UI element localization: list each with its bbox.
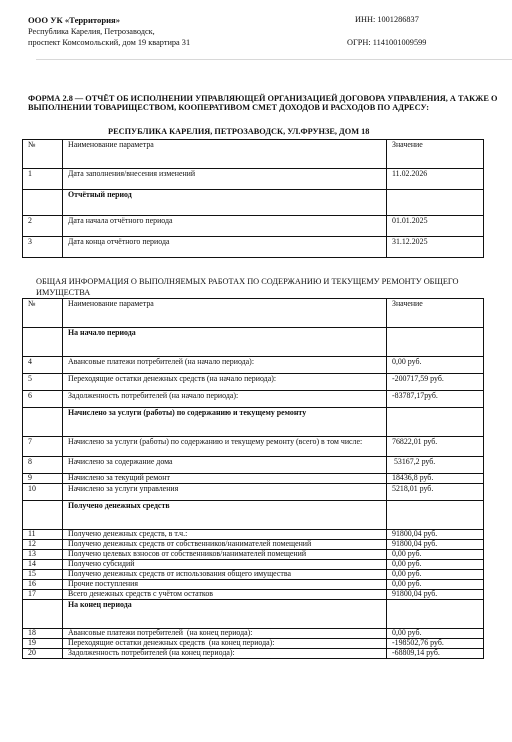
table-row: 11Получено денежных средств, в т.ч.:9180…	[23, 530, 484, 540]
report-period-table: № Наименование параметра Значение 1 Дата…	[22, 139, 484, 258]
row-number: 2	[23, 216, 63, 237]
table-row: 6Задолженность потребителей (на начало п…	[23, 391, 484, 408]
row-parameter: Получено целевых взносов от собственнико…	[63, 550, 387, 560]
table-row: 2 Дата начала отчётного периода 01.01.20…	[23, 216, 484, 237]
row-value: 31.12.2025	[387, 237, 484, 258]
row-value: 53167,2 руб.	[387, 457, 484, 474]
row-value: -200717,59 руб.	[387, 374, 484, 391]
row-value: 91800,04 руб.	[387, 540, 484, 550]
table-row: 18Авансовые платежи потребителей (на кон…	[23, 629, 484, 639]
row-number: 17	[23, 590, 63, 600]
column-header-parameter: Наименование параметра	[63, 140, 387, 169]
row-number: 3	[23, 237, 63, 258]
row-parameter: Прочие поступления	[63, 580, 387, 590]
row-number: 6	[23, 391, 63, 408]
row-value: 11.02.2026	[387, 169, 484, 190]
row-number: 1	[23, 169, 63, 190]
column-header-parameter: Наименование параметра	[63, 299, 387, 328]
ogrn-number: ОГРН: 1141001009599	[347, 38, 426, 47]
section-heading-works-info: ОБЩАЯ ИНФОРМАЦИЯ О ВЫПОЛНЯЕМЫХ РАБОТАХ П…	[36, 276, 496, 298]
form-address: РЕСПУБЛИКА КАРЕЛИЯ, ПЕТРОЗАВОДСК, УЛ.ФРУ…	[108, 127, 369, 136]
row-parameter: Всего денежных средств с учётом остатков	[63, 590, 387, 600]
section-row: Начислено за услуги (работы) по содержан…	[23, 408, 484, 437]
section-title: Начислено за услуги (работы) по содержан…	[68, 408, 306, 417]
row-number: 19	[23, 639, 63, 649]
table-row: 1 Дата заполнения/внесения изменений 11.…	[23, 169, 484, 190]
row-parameter: Дата начала отчётного периода	[63, 216, 387, 237]
organization-address-line1: Республика Карелия, Петрозаводск,	[28, 27, 155, 36]
row-value: 76822,01 руб.	[387, 437, 484, 457]
table-row: 3 Дата конца отчётного периода 31.12.202…	[23, 237, 484, 258]
row-number: 15	[23, 570, 63, 580]
organization-name: ООО УК «Территория»	[28, 15, 120, 25]
table-row: 13Получено целевых взносов от собственни…	[23, 550, 484, 560]
row-value: 91800,04 руб.	[387, 530, 484, 540]
section-row: Получено денежных средств	[23, 501, 484, 530]
row-parameter: Переходящие остатки денежных средств (на…	[63, 374, 387, 391]
row-number: 10	[23, 484, 63, 501]
row-number: 20	[23, 649, 63, 659]
row-value: 91800,04 руб.	[387, 590, 484, 600]
row-parameter: Начислено за содержание дома	[63, 457, 387, 474]
section-row: На конец периода	[23, 600, 484, 629]
row-number: 5	[23, 374, 63, 391]
row-parameter: Начислено за услуги управления	[63, 484, 387, 501]
table-row: 20Задолженность потребителей (на конец п…	[23, 649, 484, 659]
section-row: Отчётный период	[23, 190, 484, 216]
table-row: 16Прочие поступления0,00 руб.	[23, 580, 484, 590]
row-parameter: Получено денежных средств от использован…	[63, 570, 387, 580]
organization-address-line2: проспект Комсомольский, дом 19 квартира …	[28, 38, 190, 47]
row-number: 4	[23, 357, 63, 374]
row-parameter: Авансовые платежи потребителей (на начал…	[63, 357, 387, 374]
column-header-value: Значение	[387, 299, 484, 328]
row-number: 8	[23, 457, 63, 474]
row-value: 0,00 руб.	[387, 550, 484, 560]
table-row: 7Начислено за услуги (работы) по содержа…	[23, 437, 484, 457]
row-number: 7	[23, 437, 63, 457]
column-header-number: №	[23, 299, 63, 328]
row-parameter: Получено денежных средств, в т.ч.:	[63, 530, 387, 540]
row-parameter: Начислено за текущий ремонт	[63, 474, 387, 484]
table-row: 19Переходящие остатки денежных средств (…	[23, 639, 484, 649]
table-row: 4Авансовые платежи потребителей (на нача…	[23, 357, 484, 374]
row-value: 0,00 руб.	[387, 560, 484, 570]
row-value: 0,00 руб.	[387, 580, 484, 590]
row-value: 01.01.2025	[387, 216, 484, 237]
row-number: 11	[23, 530, 63, 540]
row-number: 14	[23, 560, 63, 570]
row-value: 0,00 руб.	[387, 629, 484, 639]
works-info-table: № Наименование параметра Значение На нач…	[22, 298, 484, 659]
table-row: 12Получено денежных средств от собственн…	[23, 540, 484, 550]
table-row: 14Получено субсидий0,00 руб.	[23, 560, 484, 570]
row-number: 16	[23, 580, 63, 590]
row-parameter: Получено субсидий	[63, 560, 387, 570]
table-row: 9Начислено за текущий ремонт18436,8 руб.	[23, 474, 484, 484]
row-value: 0,00 руб.	[387, 357, 484, 374]
row-number: 9	[23, 474, 63, 484]
table-header-row: № Наименование параметра Значение	[23, 140, 484, 169]
row-parameter: Дата конца отчётного периода	[63, 237, 387, 258]
table-row: 8Начислено за содержание дома 53167,2 ру…	[23, 457, 484, 474]
section-title: На конец периода	[68, 600, 132, 609]
section-title: Получено денежных средств	[68, 501, 170, 510]
column-header-number: №	[23, 140, 63, 169]
row-value: 5218,01 руб.	[387, 484, 484, 501]
row-value: -83787,17руб.	[387, 391, 484, 408]
row-parameter: Дата заполнения/внесения изменений	[63, 169, 387, 190]
row-parameter: Задолженность потребителей (на начало пе…	[63, 391, 387, 408]
row-number: 12	[23, 540, 63, 550]
section-row: На начало периода	[23, 328, 484, 357]
table-row: 15Получено денежных средств от использов…	[23, 570, 484, 580]
row-value: 0,00 руб.	[387, 570, 484, 580]
row-parameter: Переходящие остатки денежных средств (на…	[63, 639, 387, 649]
row-parameter: Начислено за услуги (работы) по содержан…	[63, 437, 387, 457]
row-number: 18	[23, 629, 63, 639]
row-value: -198502,76 руб.	[387, 639, 484, 649]
inn-number: ИНН: 1001286837	[355, 15, 419, 24]
table-row: 17Всего денежных средств с учётом остатк…	[23, 590, 484, 600]
section-title: Отчётный период	[68, 190, 132, 199]
row-number: 13	[23, 550, 63, 560]
form-title: ФОРМА 2.8 — ОТЧЁТ ОБ ИСПОЛНЕНИИ УПРАВЛЯЮ…	[28, 94, 498, 112]
row-value: 18436,8 руб.	[387, 474, 484, 484]
row-parameter: Задолженность потребителей (на конец пер…	[63, 649, 387, 659]
row-parameter: Получено денежных средств от собственник…	[63, 540, 387, 550]
table-row: 10Начислено за услуги управления5218,01 …	[23, 484, 484, 501]
row-value: -68809,14 руб.	[387, 649, 484, 659]
row-parameter: Авансовые платежи потребителей (на конец…	[63, 629, 387, 639]
header-divider	[36, 59, 512, 60]
table-row: 5Переходящие остатки денежных средств (н…	[23, 374, 484, 391]
section-title: На начало периода	[68, 328, 136, 337]
column-header-value: Значение	[387, 140, 484, 169]
table-header-row: № Наименование параметра Значение	[23, 299, 484, 328]
